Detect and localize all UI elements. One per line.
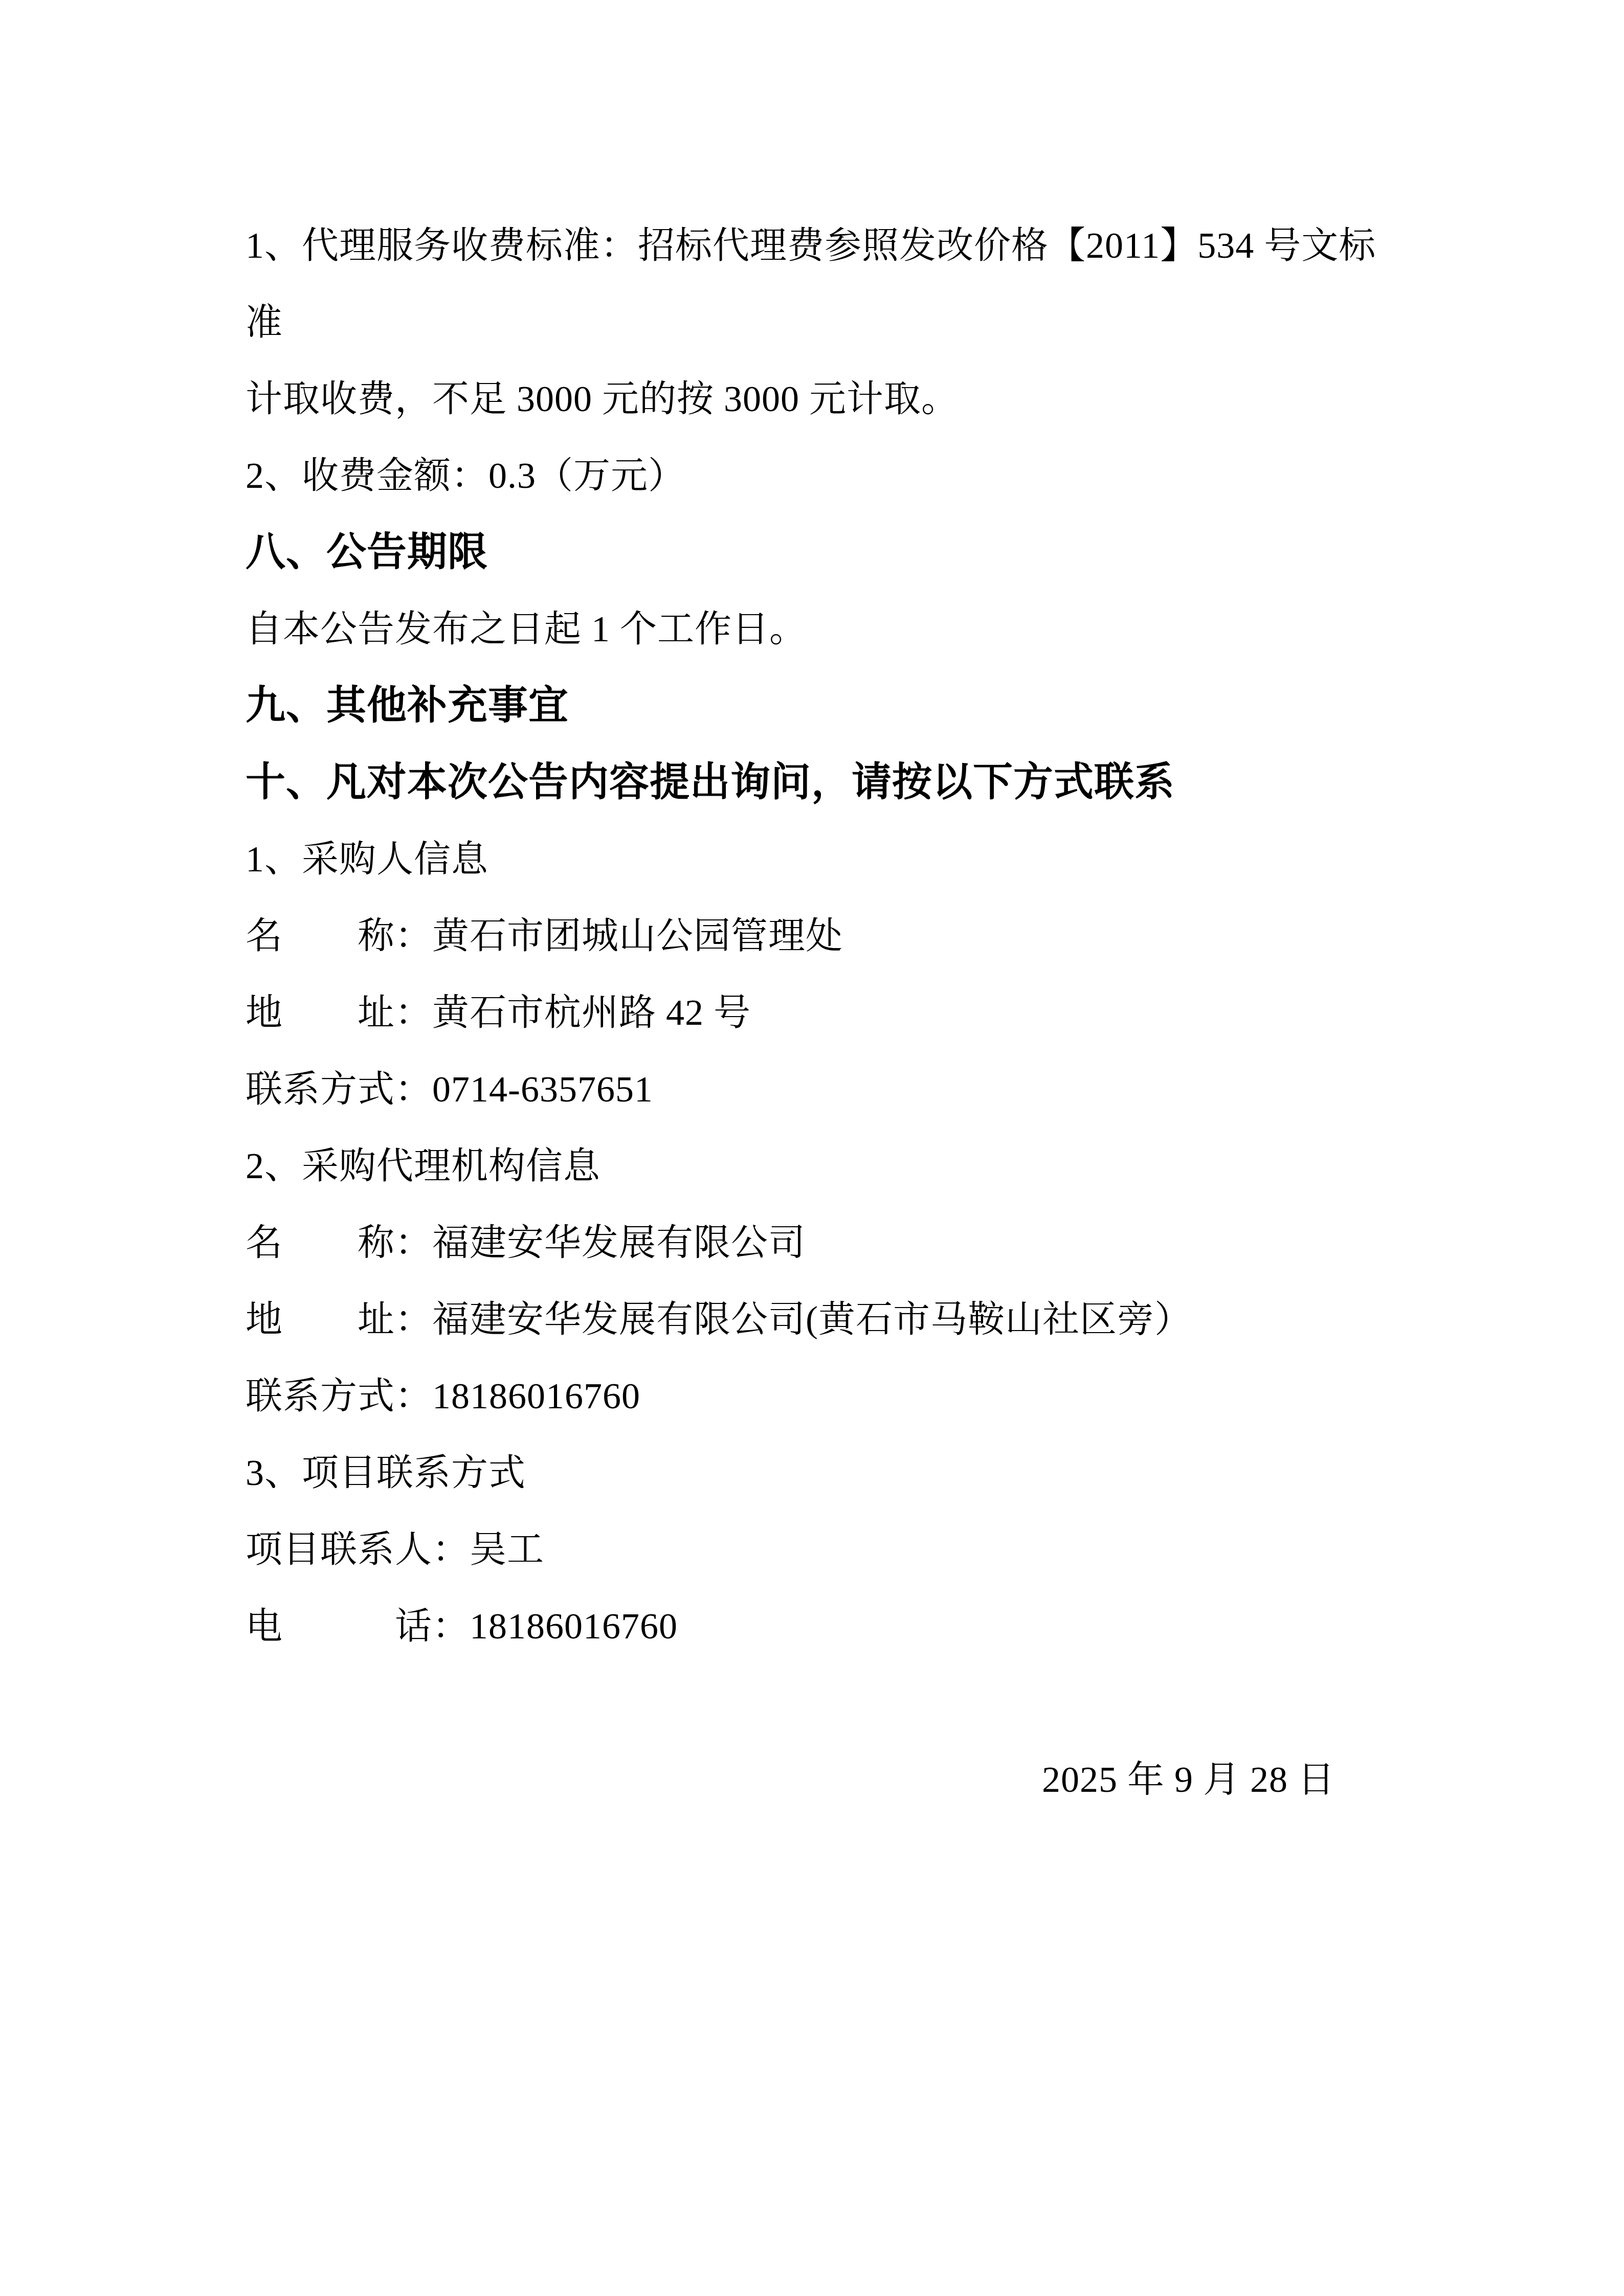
para-purchaser-address: 地 址：黄石市杭州路 42 号 <box>246 974 1412 1051</box>
para-purchaser-contact: 联系方式：0714-6357651 <box>246 1051 1412 1128</box>
document-page: 1、代理服务收费标准：招标代理费参照发改价格【2011】534 号文标准 计取收… <box>0 0 1624 2296</box>
para-announcement-period-value: 自本公告发布之日起 1 个工作日。 <box>246 591 1412 667</box>
para-project-contact-title: 3、项目联系方式 <box>246 1434 1412 1511</box>
para-purchaser-info-title: 1、采购人信息 <box>246 821 1412 897</box>
para-fee-amount: 2、收费金额：0.3（万元） <box>246 437 1412 514</box>
para-agency-name: 名 称：福建安华发展有限公司 <box>246 1204 1412 1281</box>
para-agency-contact: 联系方式：18186016760 <box>246 1358 1412 1434</box>
para-project-phone: 电 话：18186016760 <box>246 1588 1412 1664</box>
para-agency-info-title: 2、采购代理机构信息 <box>246 1128 1412 1204</box>
heading-announcement-period: 八、公告期限 <box>246 514 1412 591</box>
heading-inquiry-contact-intro: 十、凡对本次公告内容提出询问，请按以下方式联系 <box>246 744 1412 821</box>
para-project-contact-person: 项目联系人：吴工 <box>246 1511 1412 1588</box>
heading-other-supplementary-matters: 九、其他补充事宜 <box>246 667 1412 744</box>
document-date: 2025 年 9 月 28 日 <box>246 1741 1412 1818</box>
para-purchaser-name: 名 称：黄石市团城山公园管理处 <box>246 897 1412 974</box>
para-agency-address: 地 址：福建安华发展有限公司(黄石市马鞍山社区旁） <box>246 1281 1412 1358</box>
para-agency-fee-standard: 1、代理服务收费标准：招标代理费参照发改价格【2011】534 号文标准 计取收… <box>246 207 1412 437</box>
